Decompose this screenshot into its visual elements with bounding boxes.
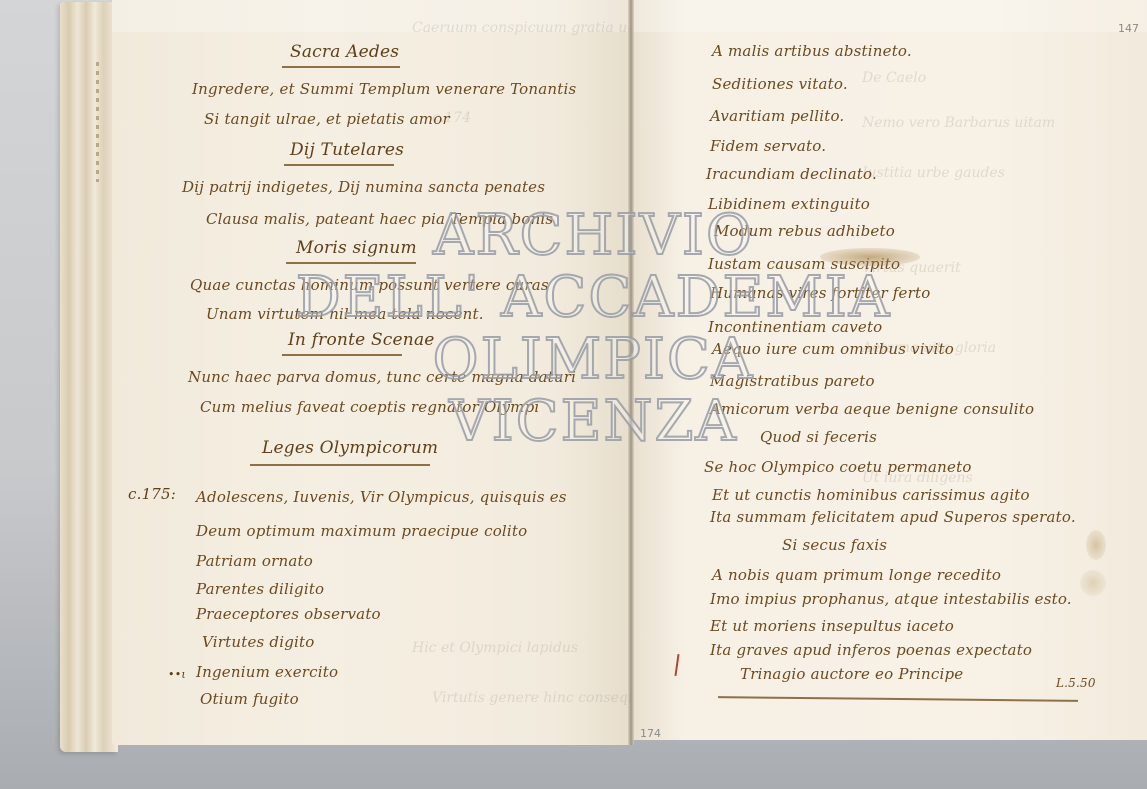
text-line: Clausa malis, pateant haec pia Templa bo… [206, 210, 553, 228]
text-line: Nunc haec parva domus, tunc certe magna … [188, 368, 576, 386]
bleed-through-text: Virtutis genere hinc consequens [432, 690, 661, 706]
text-line: Unam virtutem nil mea tela nocent. [206, 305, 484, 323]
text-line: Parentes diligito [196, 580, 324, 598]
text-line: Ita graves apud inferos poenas expectato [710, 641, 1032, 659]
text-line: Deum optimum maximum praecipue colito [196, 522, 527, 540]
margin-mark: ••ι [168, 668, 186, 681]
text-line: Libidinem extinguito [708, 195, 870, 213]
heading-underline [284, 164, 394, 166]
text-line: Virtutes digito [202, 633, 314, 651]
foxing-stain [1080, 570, 1106, 596]
text-line: Avaritiam pellito. [710, 107, 844, 125]
text-line: Humanas vires fortiter ferto [710, 284, 930, 302]
text-line: Praeceptores observato [196, 605, 381, 623]
subheading: Si secus faxis [782, 536, 887, 554]
binding-stitch [96, 62, 99, 182]
section-heading: Sacra Aedes [290, 42, 399, 62]
text-line: Seditiones vitato. [712, 75, 848, 93]
closing-line: Trinagio auctore eo Principe [740, 665, 963, 683]
folio-number-bottom: 174 [640, 727, 661, 740]
bleed-through-text: Hic et Olympici lapidus [412, 640, 578, 656]
section-heading: Leges Olympicorum [262, 438, 438, 458]
heading-underline [286, 262, 416, 264]
text-line: Amicorum verba aeque benigne consulito [710, 400, 1034, 418]
page-stack-edge [60, 2, 118, 752]
text-line: Imo impius prophanus, atque intestabilis… [710, 590, 1072, 608]
text-line: Otium fugito [200, 690, 299, 708]
heading-underline [282, 66, 400, 68]
text-line: Dij patrij indigetes, Dij numina sancta … [182, 178, 545, 196]
bleed-through-text: De Caelo [862, 70, 926, 86]
text-line: A nobis quam primum longe recedito [712, 566, 1001, 584]
signature-mark: L.5.50 [1056, 676, 1096, 690]
text-line: Magistratibus pareto [710, 372, 875, 390]
text-line: Fidem servato. [710, 137, 826, 155]
text-line: Modum rebus adhibeto [714, 222, 895, 240]
subheading: Quod si feceris [760, 428, 877, 446]
text-line: Incontinentiam caveto [708, 318, 882, 336]
text-line: Et ut moriens insepultus iaceto [710, 617, 954, 635]
text-line: Iracundiam declinato. [706, 165, 877, 183]
text-line: A malis artibus abstineto. [712, 42, 912, 60]
text-line: Adolescens, Iuvenis, Vir Olympicus, quis… [196, 488, 567, 506]
text-line: Si tangit ulrae, et pietatis amor [204, 110, 450, 128]
heading-underline [250, 464, 430, 466]
bleed-through-text: Iustitia urbe gaudes [862, 165, 1005, 181]
section-heading: Dij Tutelares [290, 140, 404, 160]
text-line: Quae cunctas hominum possunt vertere cur… [190, 276, 549, 294]
section-heading: In fronte Scenae [288, 330, 435, 350]
page-top-fade [632, 0, 1147, 32]
section-heading: Moris signum [296, 238, 417, 258]
text-line: Aequo iure cum omnibus vivito [712, 340, 954, 358]
text-line: Ingenium exercito [196, 663, 338, 681]
margin-note: c.175: [128, 485, 176, 503]
folio-number-top: 147 [1118, 22, 1139, 35]
book-gutter [628, 0, 634, 745]
bleed-through-text: Nemo vero Barbarus uitam [862, 115, 1055, 131]
bleed-through-text: Caeruum conspicuum gratia uestra [412, 20, 663, 36]
text-line: Se hoc Olympico coetu permaneto [704, 458, 972, 476]
text-line: Ingredere, et Summi Templum venerare Ton… [192, 80, 576, 98]
open-manuscript: Caeruum conspicuum gratia uestra c.174 H… [0, 0, 1147, 789]
ink-stain [820, 248, 920, 266]
text-line: Ita summam felicitatem apud Superos sper… [710, 508, 1076, 526]
text-line: Cum melius faveat coeptis regnator Olymp… [200, 398, 539, 416]
text-line: Patriam ornato [196, 552, 313, 570]
text-line: Et ut cunctis hominibus carissimus agito [712, 486, 1030, 504]
heading-underline [282, 354, 402, 356]
foxing-stain [1086, 530, 1106, 560]
